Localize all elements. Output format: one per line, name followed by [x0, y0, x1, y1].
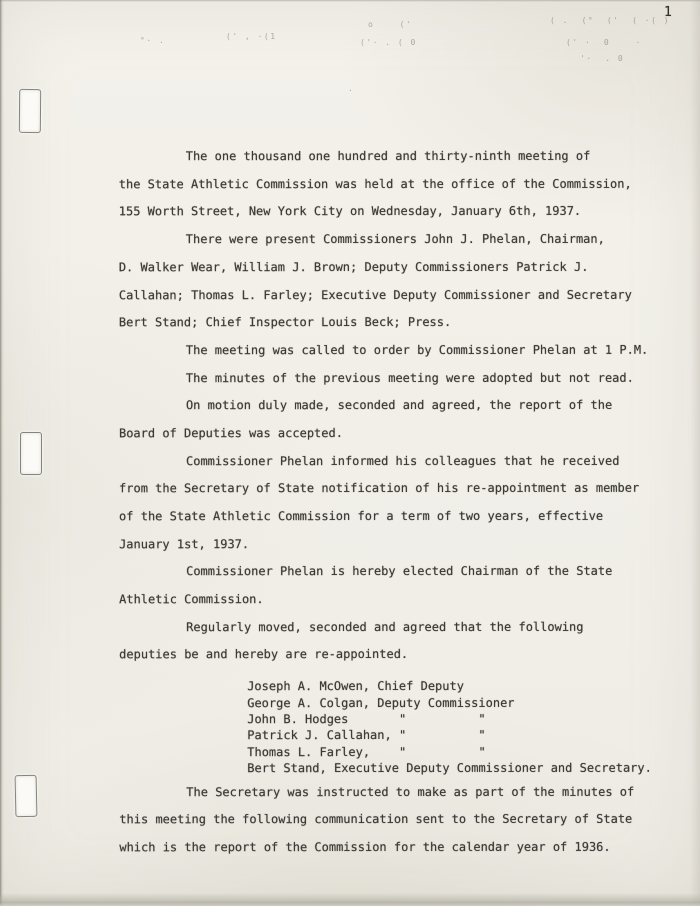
- text-line: Thomas L. Farley, " ": [247, 743, 679, 760]
- text-line: The one thousand one hundred and thirty-…: [119, 143, 679, 171]
- smudge-mark: °· .: [140, 36, 165, 45]
- scan-edge-right: [690, 0, 700, 906]
- text-line: Board of Deputies was accepted.: [119, 420, 679, 448]
- text-line: the State Athletic Commission was held a…: [119, 171, 679, 199]
- smudge-mark: ( . (° (' ( ·( ): [550, 16, 670, 25]
- smudge-mark: o (': [368, 20, 412, 29]
- text-line: Bert Stand; Chief Inspector Louis Beck; …: [119, 309, 679, 337]
- hole-punch-top: [19, 89, 41, 133]
- text-line: this meeting the following communication…: [119, 806, 679, 834]
- text-line: from the Secretary of State notification…: [119, 475, 679, 503]
- text-line: Patrick J. Callahan, " ": [247, 727, 679, 744]
- text-line: The Secretary was instructed to make as …: [119, 778, 679, 806]
- hole-punch-middle: [20, 432, 42, 475]
- text-line: The meeting was called to order by Commi…: [119, 337, 679, 365]
- text-line: Regularly moved, seconded and agreed tha…: [119, 614, 679, 642]
- text-line: Commissioner Phelan informed his colleag…: [119, 447, 679, 475]
- smudge-mark: (' , ·(1: [226, 32, 277, 41]
- smudge-mark: (' · 0 ·: [566, 38, 642, 47]
- text-line: January 1st, 1937.: [119, 530, 679, 558]
- typewritten-text: The one thousand one hundred and thirty-…: [119, 60, 680, 862]
- hole-punch-bottom: [15, 775, 38, 817]
- text-line: John B. Hodges " ": [247, 711, 679, 728]
- text-line: There were present Commissioners John J.…: [119, 226, 679, 254]
- scanned-document-page: 1 °· .(' , ·(1o ('('· . ( 0( . (° (' ( ·…: [0, 0, 700, 906]
- text-line: Callahan; Thomas L. Farley; Executive De…: [119, 281, 679, 309]
- text-line: of the State Athletic Commission for a t…: [119, 503, 679, 531]
- scan-edge-top: [0, 0, 700, 2]
- text-line: Commissioner Phelan is hereby elected Ch…: [119, 558, 679, 586]
- text-line: 155 Worth Street, New York City on Wedne…: [119, 198, 679, 226]
- text-line: The minutes of the previous meeting were…: [119, 364, 679, 392]
- scan-edge-left: [0, 0, 4, 906]
- text-line: Bert Stand, Executive Deputy Commissione…: [247, 760, 679, 777]
- scan-edge-bottom: [0, 893, 700, 906]
- text-line: Joseph A. McOwen, Chief Deputy: [247, 678, 679, 695]
- text-line: which is the report of the Commission fo…: [119, 834, 679, 862]
- text-line: deputies be and hereby are re-appointed.: [119, 641, 679, 669]
- text-line: Athletic Commission.: [119, 586, 679, 614]
- smudge-mark: ('· . ( 0: [360, 38, 417, 47]
- text-line: George A. Colgan, Deputy Commissioner: [247, 694, 679, 711]
- text-line: D. Walker Wear, William J. Brown; Deputy…: [119, 254, 679, 282]
- text-line: On motion duly made, seconded and agreed…: [119, 392, 679, 420]
